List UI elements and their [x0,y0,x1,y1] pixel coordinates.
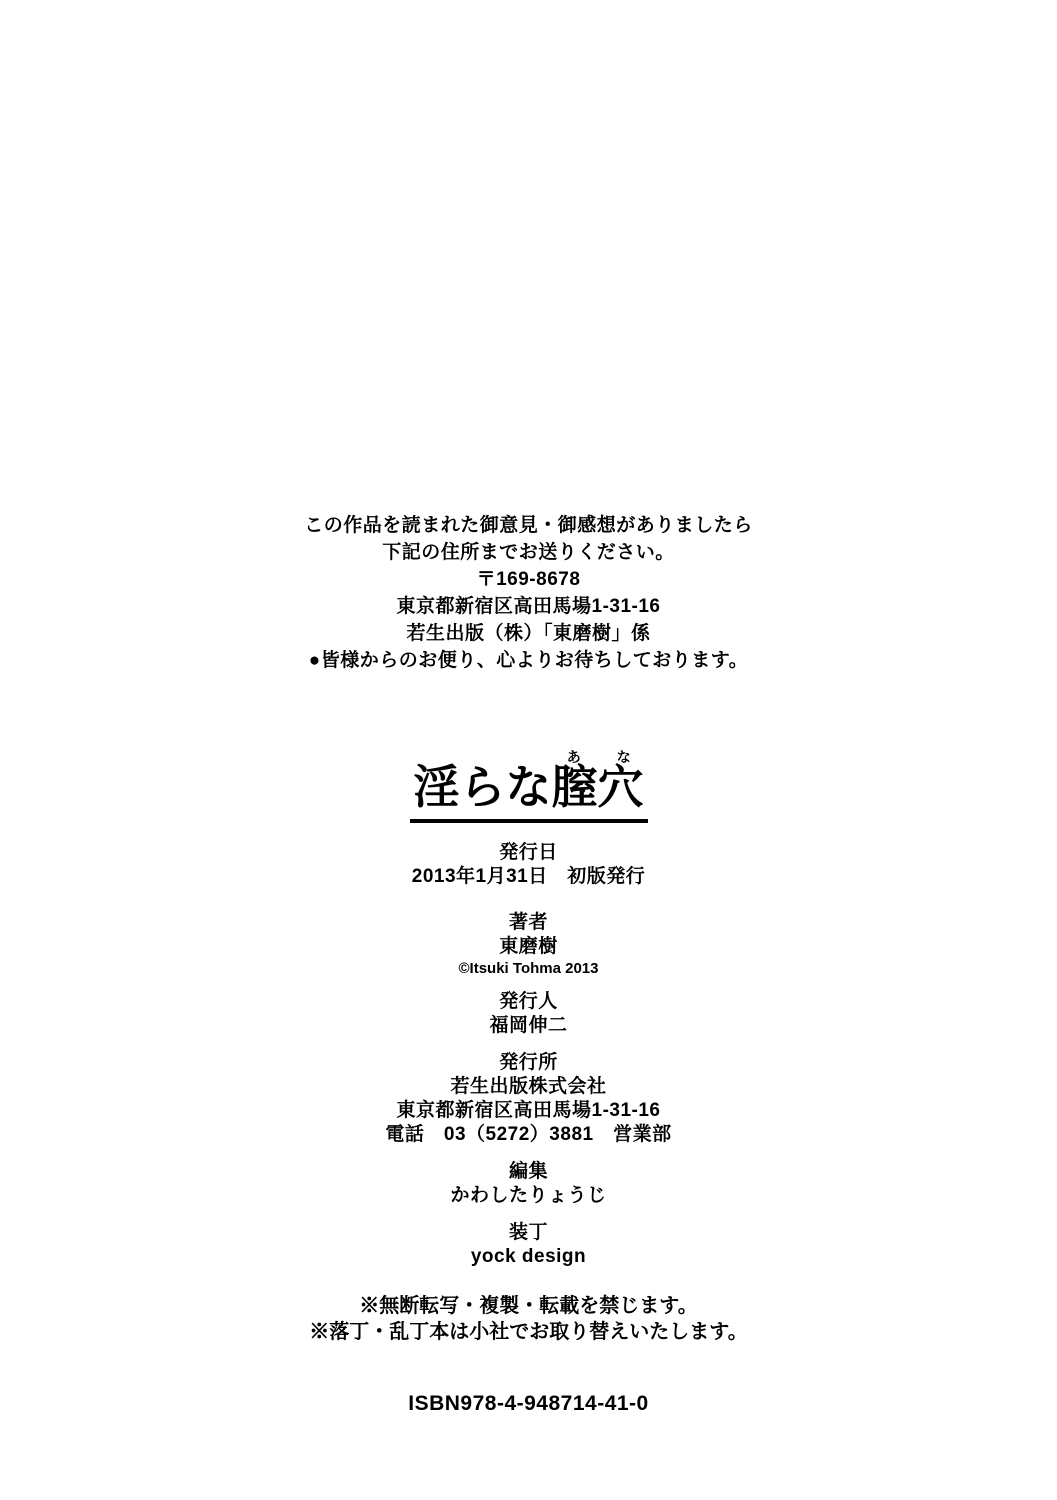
notice-line: ※落丁・乱丁本は小社でお取り替えいたします。 [0,1319,1057,1345]
title-furigana: あ [567,750,581,764]
book-title-block: あ な 淫らな膣穴 [0,760,1057,823]
section-heading: 編集 [0,1160,1057,1184]
section-line: 福岡伸二 [0,1014,1057,1038]
author-copyright: ©Itsuki Tohma 2013 [0,959,1057,979]
section-line-phone: 電話 03（5272）3881 営業部 [0,1123,1057,1147]
section-heading: 発行日 [0,841,1057,865]
feedback-line-closing: ●皆様からのお便り、心よりお待ちしております。 [0,647,1057,674]
feedback-line-address: 東京都新宿区高田馬場1-31-16 [0,593,1057,620]
book-title: あ な 淫らな膣穴 [410,760,648,823]
notice-line: ※無断転写・複製・転載を禁じます。 [0,1293,1057,1319]
section-line-address: 東京都新宿区高田馬場1-31-16 [0,1099,1057,1123]
colophon-section-design: 装丁 yock design [0,1221,1057,1269]
colophon-section-publication-date: 発行日 2013年1月31日 初版発行 [0,841,1057,889]
section-line: 東磨樹 [0,935,1057,959]
reproduction-notices: ※無断転写・複製・転載を禁じます。 ※落丁・乱丁本は小社でお取り替えいたします。 [0,1293,1057,1345]
book-title-text: 淫らな膣穴 [414,761,644,813]
colophon-page: この作品を読まれた御意見・御感想がありましたら 下記の住所までお送りください。 … [0,0,1057,1500]
colophon-section-editor: 編集 かわしたりょうじ [0,1160,1057,1208]
section-heading: 発行人 [0,990,1057,1014]
section-line: 2013年1月31日 初版発行 [0,865,1057,889]
section-heading: 発行所 [0,1051,1057,1075]
section-line: かわしたりょうじ [0,1184,1057,1208]
section-line: yock design [0,1245,1057,1269]
title-furigana: な [617,750,631,764]
section-line: 若生出版株式会社 [0,1075,1057,1099]
colophon-section-publisher-person: 発行人 福岡伸二 [0,990,1057,1038]
colophon-section-author: 著者 東磨樹 ©Itsuki Tohma 2013 [0,911,1057,979]
feedback-line-postal-code: 〒169-8678 [0,566,1057,593]
feedback-line: 下記の住所までお送りください。 [0,539,1057,566]
feedback-line-recipient: 若生出版（株）「東磨樹」係 [0,620,1057,647]
feedback-line: この作品を読まれた御意見・御感想がありましたら [0,512,1057,539]
feedback-notice: この作品を読まれた御意見・御感想がありましたら 下記の住所までお送りください。 … [0,512,1057,674]
section-heading: 装丁 [0,1221,1057,1245]
isbn-number: ISBN978-4-948714-41-0 [0,1392,1057,1416]
section-heading: 著者 [0,911,1057,935]
colophon-section-publisher: 発行所 若生出版株式会社 東京都新宿区高田馬場1-31-16 電話 03（527… [0,1051,1057,1147]
